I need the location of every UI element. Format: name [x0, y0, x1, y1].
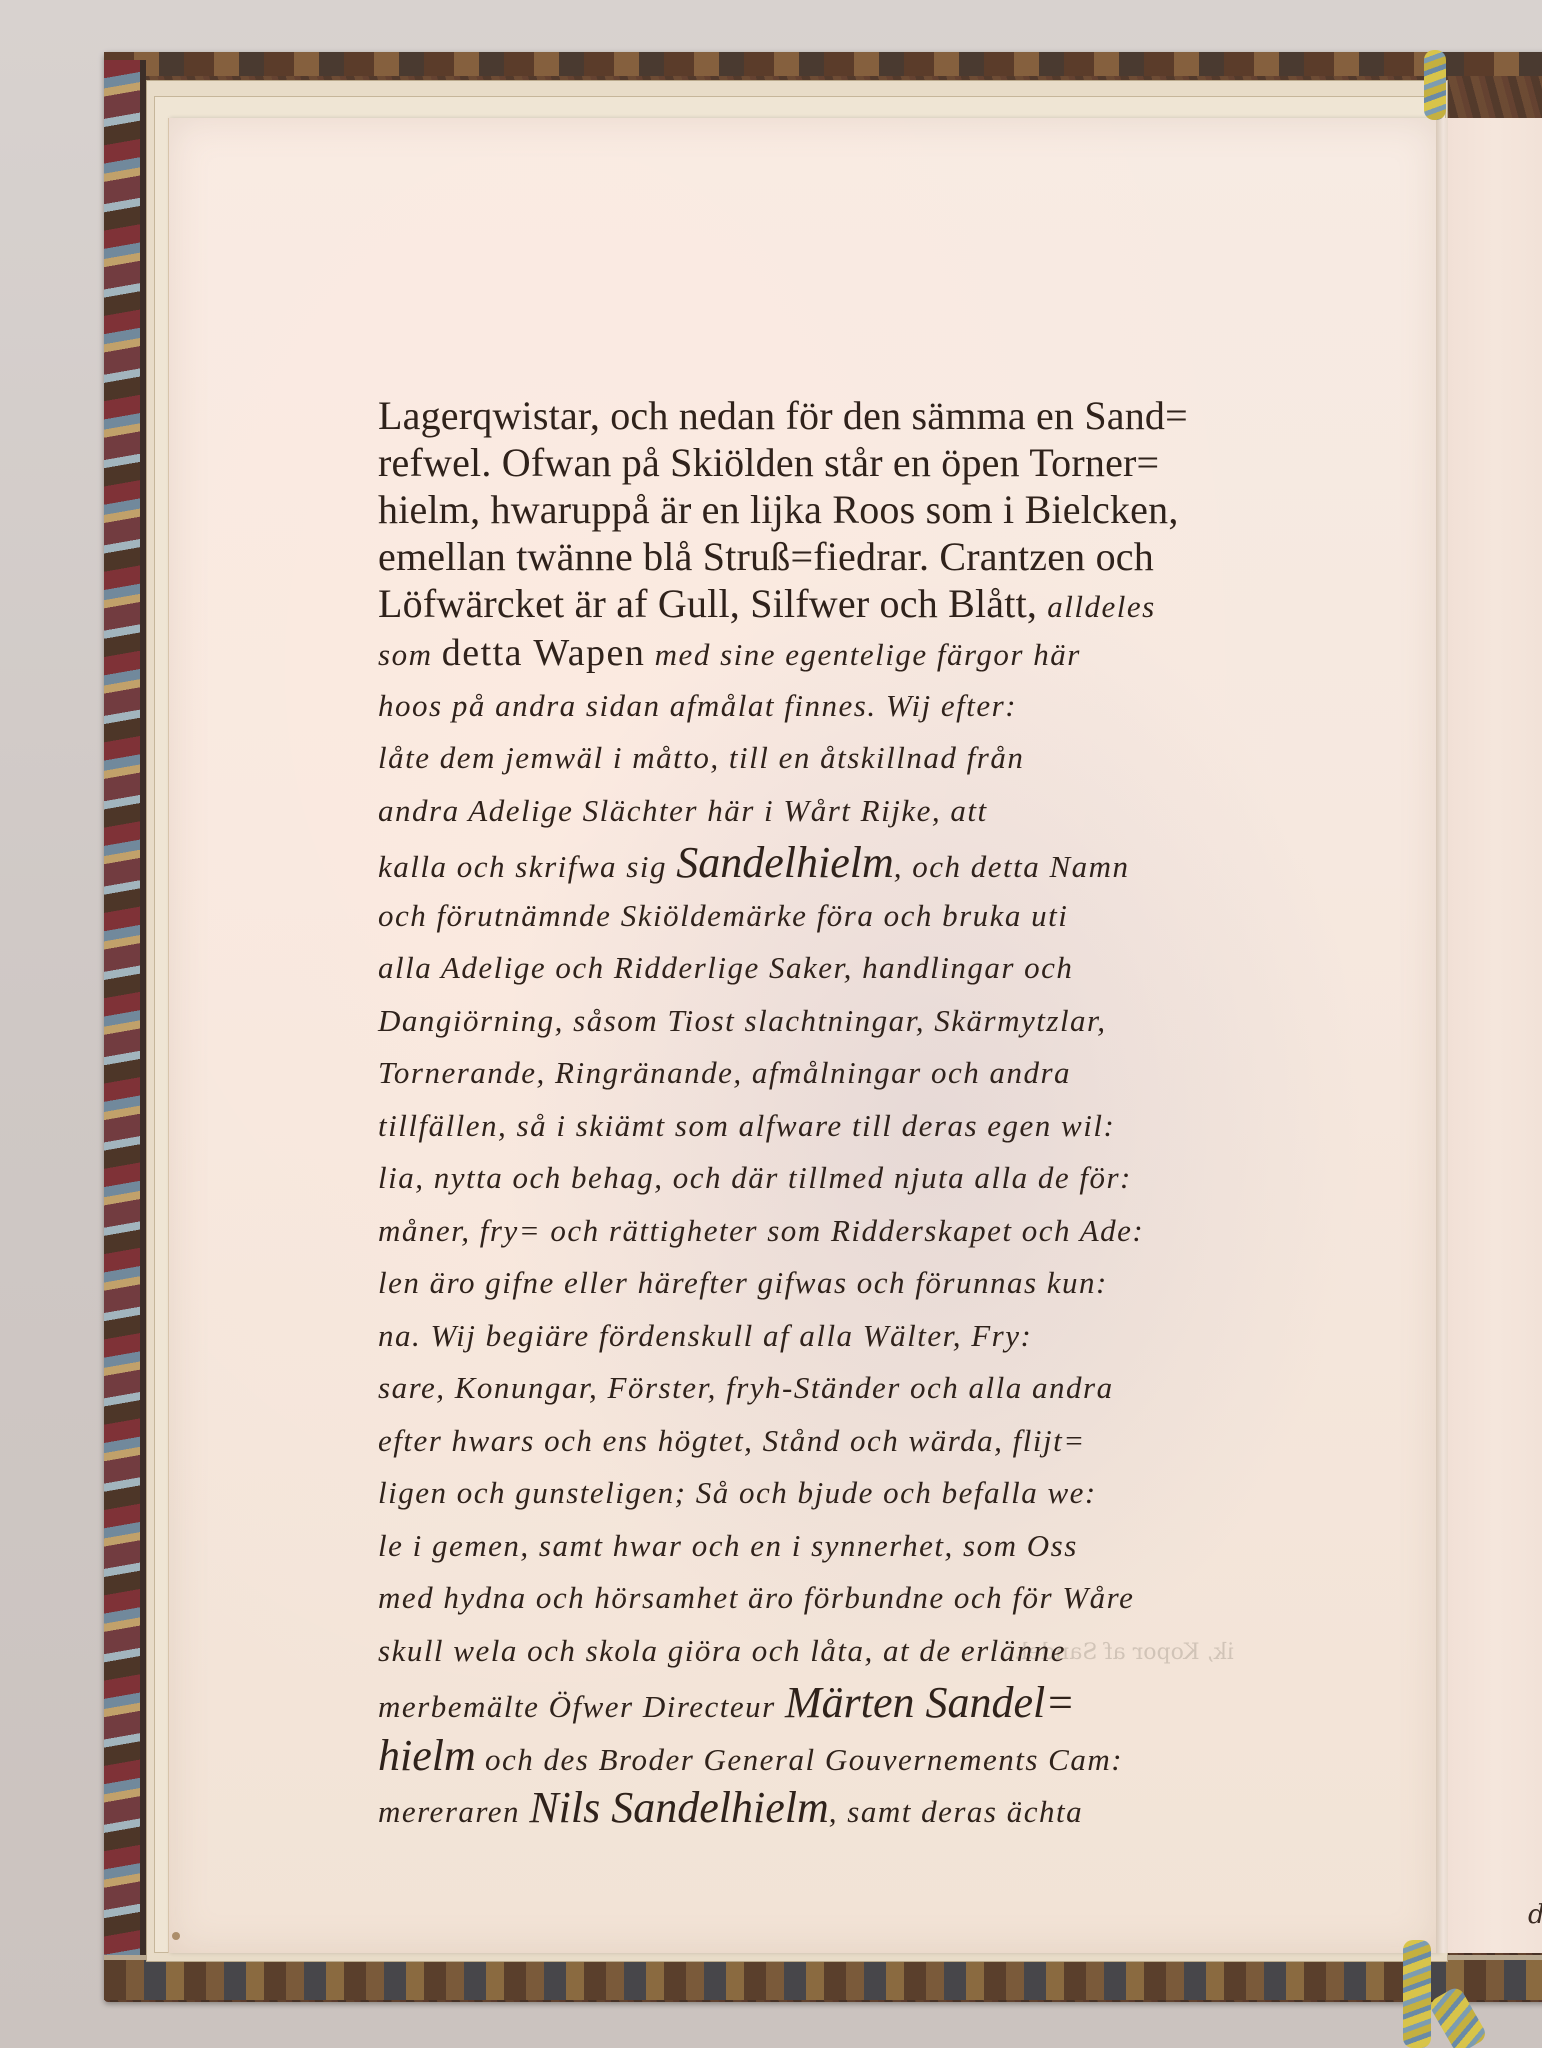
- text-line-26-lead: merbemälte Öfwer Directeur: [378, 1689, 776, 1724]
- text-line-19: na. Wij begiäre fördenskull af alla Wält…: [378, 1310, 1298, 1363]
- text-line-27: hielm och des Broder General Gouvernemen…: [378, 1730, 1298, 1783]
- facing-page: [1448, 118, 1542, 1953]
- bookmark-cord-top[interactable]: [1424, 50, 1446, 120]
- text-line-9: andra Adelige Slächter här i Wårt Rijke,…: [378, 785, 1298, 838]
- text-line-5-tail: alldeles: [1047, 589, 1155, 624]
- text-line-7: hoos på andra sidan afmålat finnes. Wij …: [378, 680, 1298, 733]
- text-line-28: mereraren Nils Sandelhielm, samt deras ä…: [378, 1782, 1298, 1835]
- text-line-28-lead: mereraren: [378, 1794, 520, 1829]
- text-line-13: Dangiörning, såsom Tiost slachtningar, S…: [378, 995, 1298, 1048]
- text-line-21: efter hwars och ens högtet, Stånd och wä…: [378, 1415, 1298, 1468]
- text-line-10-rest: , och detta Namn: [894, 849, 1130, 884]
- text-line-6-emphasis: detta Wapen: [442, 632, 646, 674]
- text-line-10: kalla och skrifwa sig Sandelhielm, och d…: [378, 837, 1298, 890]
- text-line-27-emphasis: hielm: [378, 1731, 476, 1780]
- text-line-26-emphasis: Märten Sandel=: [785, 1678, 1075, 1727]
- text-line-5-main: Löfwärcket är af Gull, Silfwer och Blått…: [378, 581, 1037, 626]
- text-line-26: merbemälte Öfwer Directeur Märten Sandel…: [378, 1677, 1298, 1730]
- text-line-14: Tornerande, Ringränande, afmålningar och…: [378, 1047, 1298, 1100]
- text-line-6: som detta Wapen med sine egentelige färg…: [378, 627, 1298, 680]
- text-line-1: Lagerqwistar, och nedan för den sämma en…: [378, 392, 1298, 439]
- text-line-12: alla Adelige och Ridderlige Saker, handl…: [378, 942, 1298, 995]
- text-line-20: sare, Konungar, Förster, fryh-Ständer oc…: [378, 1362, 1298, 1415]
- text-line-28-emphasis: Nils Sandelhielm: [529, 1783, 828, 1832]
- text-line-11: och förutnämnde Skiöldemärke föra och br…: [378, 890, 1298, 943]
- text-line-3: hielm, hwaruppå är en lijka Roos som i B…: [378, 486, 1298, 533]
- text-line-10-lead: kalla och skrifwa sig: [378, 849, 667, 884]
- text-line-5: Löfwärcket är af Gull, Silfwer och Blått…: [378, 580, 1298, 627]
- text-line-18: len äro gifne eller härefter gifwas och …: [378, 1257, 1298, 1310]
- manuscript-text: Lagerqwistar, och nedan för den sämma en…: [378, 392, 1298, 1835]
- text-line-6-lead: som: [378, 637, 432, 672]
- text-line-23: le i gemen, samt hwar och en i synnerhet…: [378, 1520, 1298, 1573]
- bookmark-cord-bottom[interactable]: [1403, 1940, 1431, 2048]
- facing-page-mark: d: [1528, 1900, 1542, 1930]
- text-line-17: måner, fry= och rättigheter som Riddersk…: [378, 1205, 1298, 1258]
- cover-top-edge: [104, 52, 1542, 76]
- book-gutter: [1436, 118, 1448, 1953]
- marbled-board-left: [104, 60, 146, 1990]
- text-line-16: lia, nytta och behag, och där tillmed nj…: [378, 1152, 1298, 1205]
- text-line-15: tillfällen, så i skiämt som alfware till…: [378, 1100, 1298, 1153]
- text-line-2: refwel. Ofwan på Skiölden står en öpen T…: [378, 439, 1298, 486]
- text-line-28-rest: , samt deras ächta: [829, 1794, 1083, 1829]
- text-line-27-rest: och des Broder General Gouvernements Cam…: [485, 1742, 1123, 1777]
- text-line-25: skull wela och skola giöra och låta, at …: [378, 1625, 1298, 1678]
- text-line-4: emellan twänne blå Struß=fiedrar. Crantz…: [378, 533, 1298, 580]
- page-stain-dot: [172, 1932, 180, 1940]
- text-line-22: ligen och gunsteligen; Så och bjude och …: [378, 1467, 1298, 1520]
- text-line-6-rest: med sine egentelige färgor här: [655, 637, 1081, 672]
- text-line-10-emphasis: Sandelhielm: [676, 838, 894, 887]
- text-line-24: med hydna och hörsamhet äro förbundne oc…: [378, 1572, 1298, 1625]
- text-line-8: låte dem jemwäl i måtto, till en åtskill…: [378, 732, 1298, 785]
